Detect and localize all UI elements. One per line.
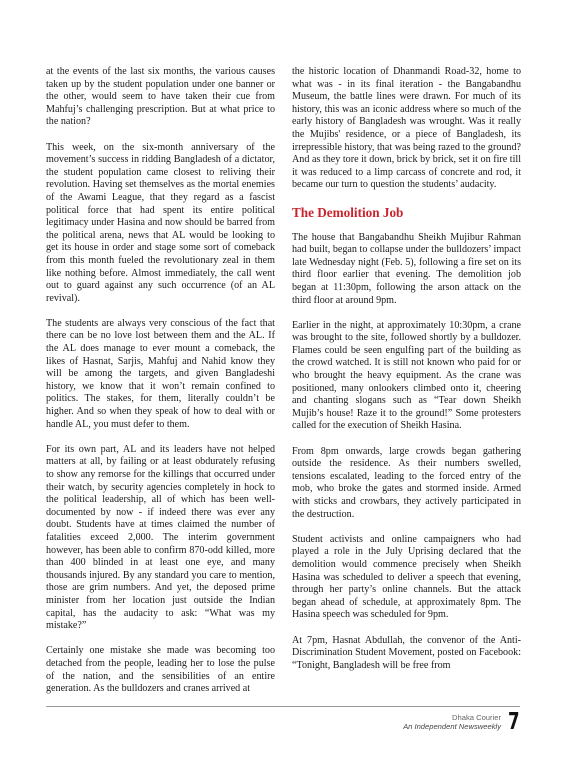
article-paragraph: From 8pm onwards, large crowds began gat… <box>292 446 521 522</box>
article-right-column: the historic location of Dhanmandi Road-… <box>292 66 521 685</box>
article-paragraph: Earlier in the night, at approximately 1… <box>292 320 521 433</box>
publication-tagline: An Independent Newsweekly <box>403 722 501 731</box>
page-number: 7 <box>508 711 517 733</box>
article-left-column: at the events of the last six months, th… <box>46 66 275 708</box>
footer-publication-block: Dhaka Courier An Independent Newsweekly <box>403 713 501 731</box>
section-heading: The Demolition Job <box>292 205 521 221</box>
footer-divider <box>46 706 520 707</box>
article-paragraph: at the events of the last six months, th… <box>46 66 275 129</box>
page-footer: Dhaka Courier An Independent Newsweekly … <box>403 711 520 733</box>
publication-name: Dhaka Courier <box>403 713 501 722</box>
article-paragraph: The house that Bangabandhu Sheikh Mujibu… <box>292 232 521 308</box>
article-paragraph: This week, on the six-month anniversary … <box>46 142 275 306</box>
article-paragraph: The students are always very conscious o… <box>46 318 275 431</box>
article-paragraph: the historic location of Dhanmandi Road-… <box>292 66 521 192</box>
article-paragraph: At 7pm, Hasnat Abdullah, the convenor of… <box>292 635 521 673</box>
article-paragraph: Student activists and online campaigners… <box>292 534 521 622</box>
article-paragraph: For its own part, AL and its leaders hav… <box>46 444 275 633</box>
article-paragraph: Certainly one mistake she made was becom… <box>46 645 275 695</box>
